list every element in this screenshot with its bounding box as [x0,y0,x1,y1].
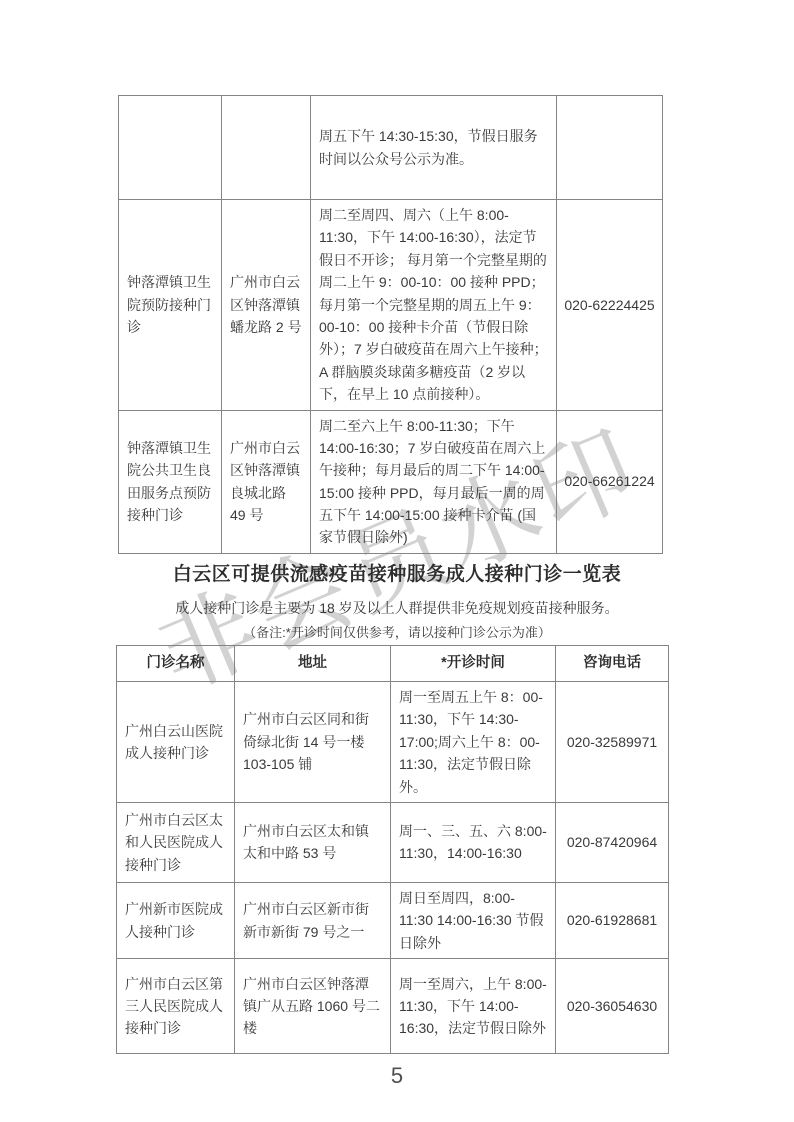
table-row: 广州市白云区太和人民医院成人接种门诊 广州市白云区太和镇太和中路 53 号 周一… [117,802,669,882]
address-cell: 广州市白云区钟落潭镇广从五路 1060 号二楼 [235,959,391,1054]
clinic-name-cell [119,96,222,200]
clinic-name-cell: 广州白云山医院成人接种门诊 [117,682,235,803]
clinic-name-cell: 广州市白云区第三人民医院成人接种门诊 [117,959,235,1054]
table-row: 广州白云山医院成人接种门诊 广州市白云区同和街倚绿北街 14 号一楼 103-1… [117,682,669,803]
table-row: 广州市白云区第三人民医院成人接种门诊 广州市白云区钟落潭镇广从五路 1060 号… [117,959,669,1054]
page-number: 5 [0,1063,794,1089]
header-clinic-name: 门诊名称 [117,646,235,682]
phone-cell: 020-66261224 [557,410,663,553]
clinic-name-cell: 广州市白云区太和人民医院成人接种门诊 [117,802,235,882]
hours-cell: 周日至周四，8:00-11:30 14:00-16:30 节假日除外 [391,882,556,958]
hours-cell: 周二至六上午 8:00-11:30；下午 14:00-16:30；7 岁白破疫苗… [311,410,557,553]
clinic-name-cell: 广州新市医院成人接种门诊 [117,882,235,958]
hours-cell: 周五下午 14:30-15:30，节假日服务时间以公众号公示为准。 [311,96,557,200]
header-phone: 咨询电话 [556,646,669,682]
phone-cell: 020-61928681 [556,882,669,958]
address-cell: 广州市白云区新市街新市新街 79 号之一 [235,882,391,958]
phone-cell: 020-87420964 [556,802,669,882]
phone-cell: 020-36054630 [556,959,669,1054]
address-cell [222,96,311,200]
section-note: （备注:*开诊时间仅供参考，请以接种门诊公示为准） [0,622,794,641]
address-cell: 广州市白云区同和街倚绿北街 14 号一楼 103-105 铺 [235,682,391,803]
address-cell: 广州市白云区钟落潭镇蟠龙路 2 号 [222,200,311,411]
phone-cell: 020-62224425 [557,200,663,411]
table-row: 钟落潭镇卫生院预防接种门诊 广州市白云区钟落潭镇蟠龙路 2 号 周二至周四、周六… [119,200,663,411]
hours-cell: 周二至周四、周六（上午 8:00-11:30，下午 14:00-16:30），法… [311,200,557,411]
hours-cell: 周一、三、五、六 8:00-11:30，14:00-16:30 [391,802,556,882]
header-hours: *开诊时间 [391,646,556,682]
hours-cell: 周一至周五上午 8：00-11:30，下午 14:30-17:00;周六上午 8… [391,682,556,803]
hours-cell: 周一至周六，上午 8:00-11:30，下午 14:00-16:30，法定节假日… [391,959,556,1054]
phone-cell [557,96,663,200]
phone-cell: 020-32589971 [556,682,669,803]
address-cell: 广州市白云区钟落潭镇良城北路 49 号 [222,410,311,553]
clinic-name-cell: 钟落潭镇卫生院预防接种门诊 [119,200,222,411]
table-header-row: 门诊名称 地址 *开诊时间 咨询电话 [117,646,669,682]
table-row: 广州新市医院成人接种门诊 广州市白云区新市街新市新街 79 号之一 周日至周四，… [117,882,669,958]
section-title: 白云区可提供流感疫苗接种服务成人接种门诊一览表 [0,559,794,586]
section-subtitle: 成人接种门诊是主要为 18 岁及以上人群提供非免疫规划疫苗接种服务。 [0,598,794,618]
table-row: 周五下午 14:30-15:30，节假日服务时间以公众号公示为准。 [119,96,663,200]
document-page: 非会员水印 周五下午 14:30-15:30，节假日服务时间以公众号公示为准。 … [0,0,794,1122]
header-address: 地址 [235,646,391,682]
adult-clinic-table: 门诊名称 地址 *开诊时间 咨询电话 广州白云山医院成人接种门诊 广州市白云区同… [116,645,669,1054]
clinic-table-continued: 周五下午 14:30-15:30，节假日服务时间以公众号公示为准。 钟落潭镇卫生… [118,95,663,554]
address-cell: 广州市白云区太和镇太和中路 53 号 [235,802,391,882]
clinic-name-cell: 钟落潭镇卫生院公共卫生良田服务点预防接种门诊 [119,410,222,553]
table-row: 钟落潭镇卫生院公共卫生良田服务点预防接种门诊 广州市白云区钟落潭镇良城北路 49… [119,410,663,553]
